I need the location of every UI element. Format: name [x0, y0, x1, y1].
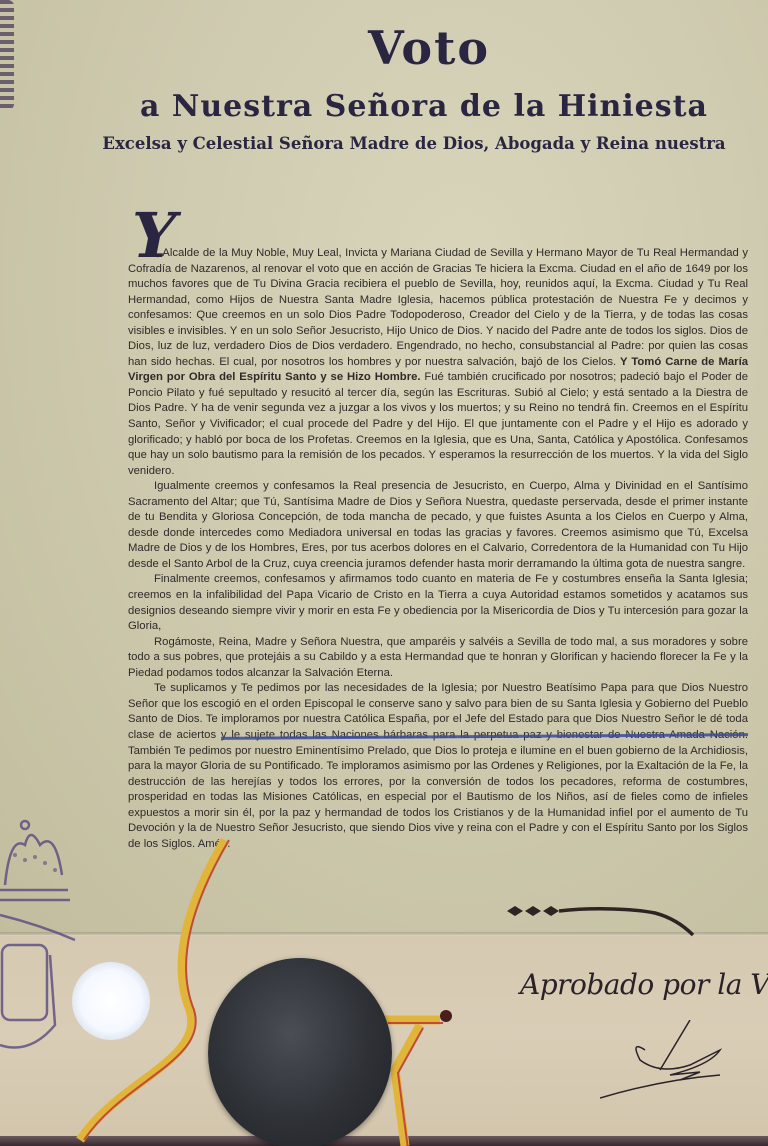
struck-through-text: y le sujete todas las Naciones bárbaras … [221, 729, 748, 741]
end-flourish-icon [505, 903, 695, 937]
paragraph-creed: o, Alcalde de la Muy Noble, Muy Leal, In… [128, 246, 748, 479]
paragraph-eucharist: Igualmente creemos y confesamos la Real … [128, 479, 748, 572]
document-dedication: Excelsa y Celestial Señora Madre de Dios… [60, 132, 768, 156]
handwritten-approval: Aprobado por la Vicari [520, 968, 768, 1001]
light-reflection [72, 962, 150, 1040]
document-title: Voto [90, 18, 768, 78]
document-subtitle: a Nuestra Señora de la Hiniesta [80, 88, 768, 126]
document-heading: Voto a Nuestra Señora de la Hiniesta Exc… [100, 18, 768, 156]
signature-icon [600, 1020, 760, 1100]
paragraph-faith: Finalmente creemos, confesamos y afirmam… [128, 572, 748, 634]
decorative-border-ornament [0, 0, 14, 110]
document-body: o, Alcalde de la Muy Noble, Muy Leal, In… [128, 246, 748, 852]
paragraph-supplication-rest: También Te pedimos por nuestro Eminentís… [128, 745, 748, 850]
paragraph-plea: Rogámoste, Reina, Madre y Señora Nuestra… [128, 635, 748, 682]
paragraph-supplication: Te suplicamos y Te pedimos por las neces… [128, 681, 748, 852]
frame-edge [0, 1136, 768, 1146]
wax-seal [208, 958, 392, 1146]
paragraph-creed-text: o, Alcalde de la Muy Noble, Muy Leal, In… [128, 247, 748, 368]
paragraph-creed-rest: Fué también crucificado por nosotros; pa… [128, 371, 748, 476]
royal-crown-stamp-icon [0, 815, 80, 1055]
